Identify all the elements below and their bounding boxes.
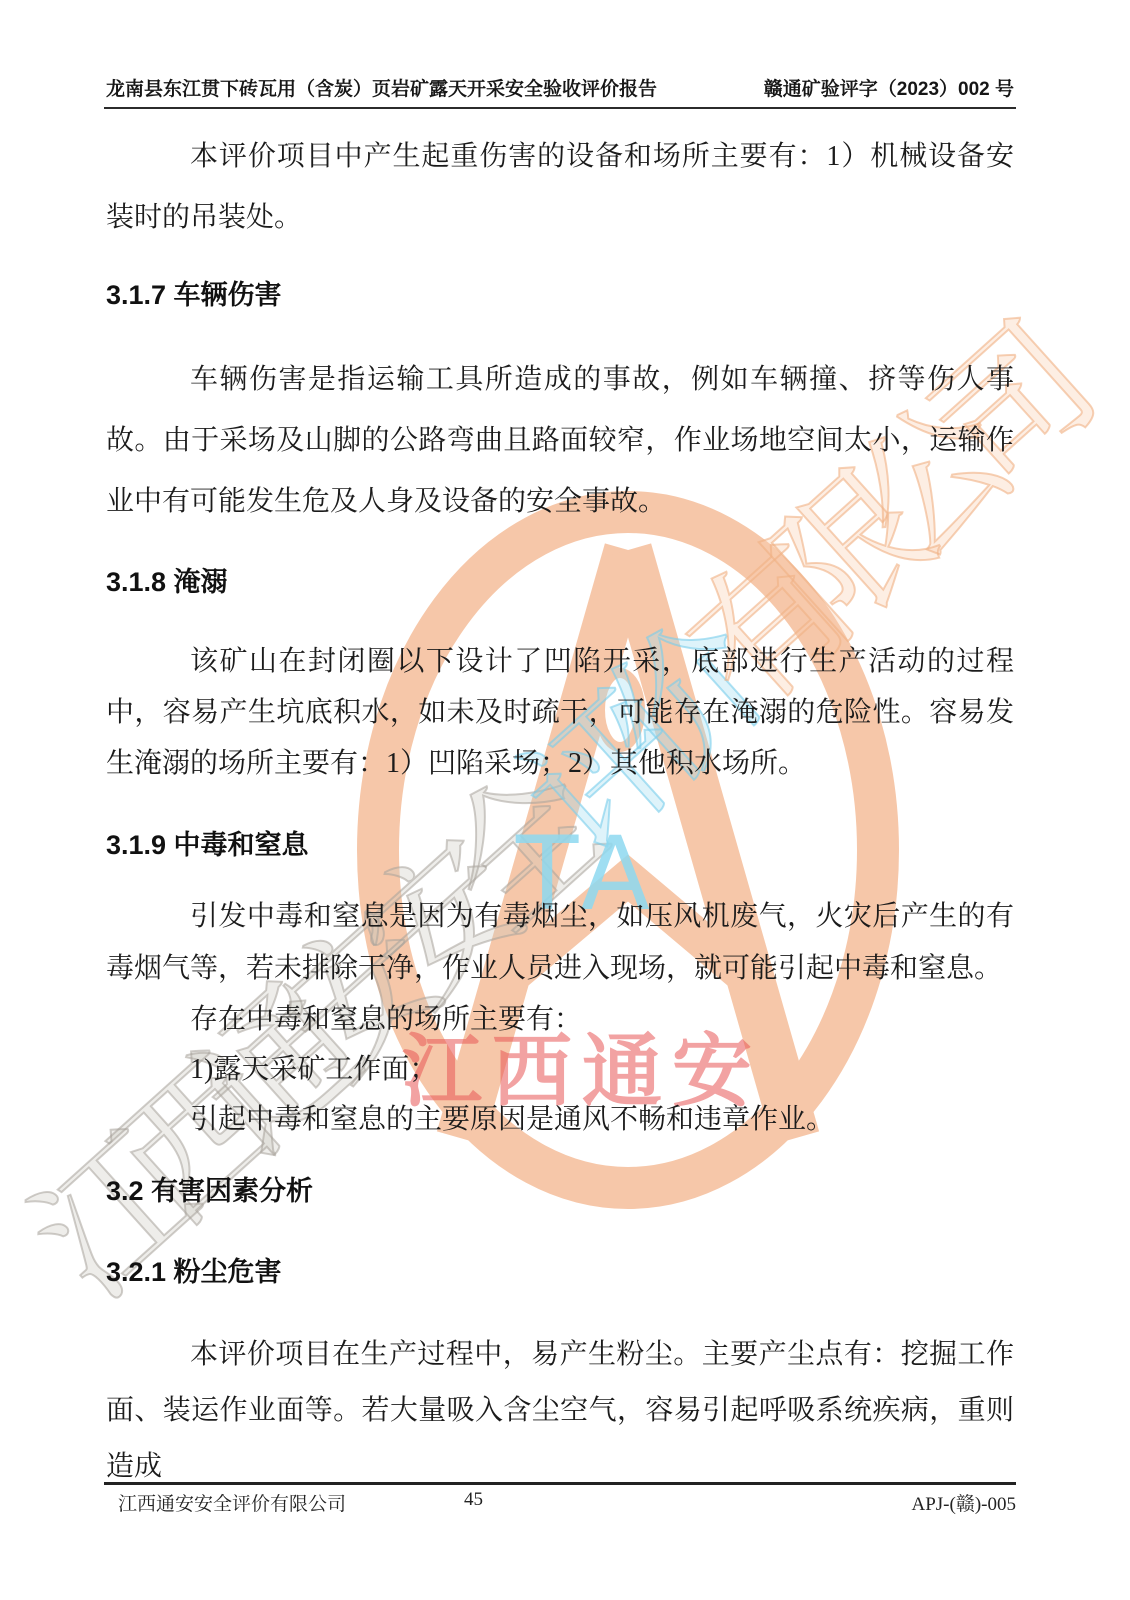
page-footer: 江西通安安全评价有限公司 45 APJ-(赣)-005 (104, 1489, 1016, 1515)
header-rule (104, 107, 1016, 109)
footer-rule (104, 1482, 1016, 1485)
page-header: 龙南县东江贯下砖瓦用（含炭）页岩矿露天开采安全验收评价报告 赣通矿验评字（202… (106, 78, 1014, 102)
heading-3-2-1: 3.2.1 粉尘危害 (106, 1255, 1014, 1289)
paragraph-lifting-hazard: 本评价项目中产生起重伤害的设备和场所主要有：1）机械设备安装时的吊装处。 (106, 126, 1014, 248)
header-report-title: 龙南县东江贯下砖瓦用（含炭）页岩矿露天开采安全验收评价报告 (106, 78, 657, 102)
paragraph-dust-hazard: 本评价项目在生产过程中，易产生粉尘。主要产尘点有：挖掘工作面、装运作业面等。若大… (106, 1327, 1014, 1495)
heading-3-1-9: 3.1.9 中毒和窒息 (106, 828, 1014, 862)
paragraph-poison-cause: 引起中毒和窒息的主要原因是通风不畅和违章作业。 (106, 1095, 1014, 1145)
heading-3-1-7: 3.1.7 车辆伤害 (106, 278, 1014, 312)
footer-company-name: 江西通安安全评价有限公司 (118, 1489, 346, 1516)
footer-doc-code: APJ-(赣)-005 (912, 1489, 1017, 1516)
paragraph-poison-item1: 1)露天采矿工作面； (106, 1045, 1014, 1095)
paragraph-drowning: 该矿山在封闭圈以下设计了凹陷开采，底部进行生产活动的过程中，容易产生坑底积水，如… (106, 636, 1014, 789)
document-content: 龙南县东江贯下砖瓦用（含炭）页岩矿露天开采安全验收评价报告 赣通矿验评字（202… (0, 0, 1130, 1600)
paragraph-vehicle-hazard: 车辆伤害是指运输工具所造成的事故，例如车辆撞、挤等伤人事故。由于采场及山脚的公路… (106, 349, 1014, 532)
header-doc-number: 赣通矿验评字（2023）002 号 (764, 78, 1014, 102)
paragraph-poison-intro: 引发中毒和窒息是因为有毒烟尘，如压风机废气，火灾后产生的有毒烟气等，若未排除干净… (106, 891, 1014, 995)
footer-page-number: 45 (464, 1489, 483, 1511)
document-page: 江西通安安全评价有限公司 TA 江西通安 龙南县东江贯下砖瓦用（含炭）页岩矿露天… (0, 0, 1130, 1600)
paragraph-poison-places: 存在中毒和窒息的场所主要有： (106, 995, 1014, 1045)
heading-3-2: 3.2 有害因素分析 (106, 1174, 1014, 1208)
heading-3-1-8: 3.1.8 淹溺 (106, 565, 1014, 599)
